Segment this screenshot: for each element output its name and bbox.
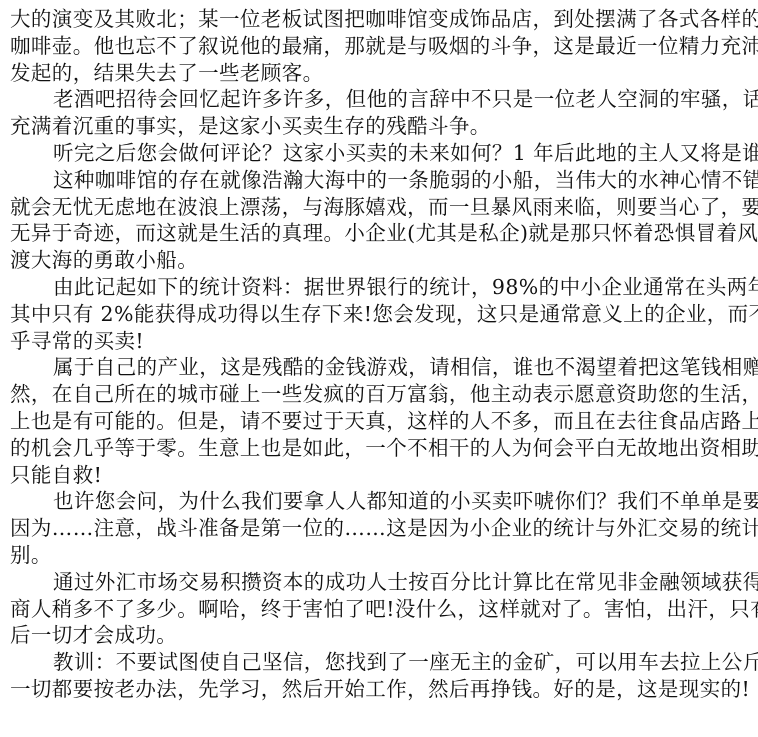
paragraph: 属于自己的产业，这是残酷的金钱游戏，请相信，谁也不渴望着把这笔钱相赠于您。当 然… xyxy=(10,354,750,488)
text-line: 属于自己的产业，这是残酷的金钱游戏，请相信，谁也不渴望着把这笔钱相赠于您。当 xyxy=(10,354,750,381)
paragraph: 也许您会问，为什么我们要拿人人都知道的小买卖吓唬你们？我们不单单是要吓唬人， 因… xyxy=(10,488,750,568)
text-line: 老酒吧招待会回忆起许多许多，但他的言辞中不只是一位老人空洞的牢骚，话里话外却 xyxy=(10,86,750,113)
text-line: 大的演变及其败北；某一位老板试图把咖啡馆变成饰品店，到处摆满了各式各样的小茶壶和 xyxy=(10,6,750,33)
text-line: 充满着沉重的事实，是这家小买卖生存的残酷斗争。 xyxy=(10,113,750,140)
text-line: 的机会几乎等于零。生意上也是如此，一个不相干的人为何会平白无故地出资相助？溺水者 xyxy=(10,435,750,462)
text-line: 就会无忧无虑地在波浪上漂荡，与海豚嬉戏，而一旦暴风雨来临，则要当心了，要生存下去 xyxy=(10,194,750,221)
text-line: 无异于奇迹，而这就是生活的真理。小企业(尤其是私企)就是那只怀着恐惧冒着风险奋力… xyxy=(10,220,750,247)
paragraph: 这种咖啡馆的存在就像浩瀚大海中的一条脆弱的小船，当伟大的水神心情不错时，小船 就… xyxy=(10,167,750,274)
text-line: 教训：不要试图使自己坚信，您找到了一座无主的金矿，可以用车去拉上公斤重的金锭； xyxy=(10,649,750,676)
text-line: 只能自救! xyxy=(10,462,750,489)
text-line: 其中只有 2%能获得成功得以生存下来!您会发现，这只是通常意义上的企业，而不是那… xyxy=(10,301,750,328)
paragraph: 听完之后您会做何评论？这家小买卖的未来如何？1 年后此地的主人又将是谁？ xyxy=(10,140,750,167)
text-line: 发起的，结果失去了一些老顾客。 xyxy=(10,60,750,87)
document-page: 大的演变及其败北；某一位老板试图把咖啡馆变成饰品店，到处摆满了各式各样的小茶壶和… xyxy=(10,6,750,703)
paragraph: 老酒吧招待会回忆起许多许多，但他的言辞中不只是一位老人空洞的牢骚，话里话外却 充… xyxy=(10,86,750,140)
paragraph: 大的演变及其败北；某一位老板试图把咖啡馆变成饰品店，到处摆满了各式各样的小茶壶和… xyxy=(10,6,750,86)
text-line: 然，在自己所在的城市碰上一些发疯的百万富翁，他主动表示愿意资助您的生活，这在理论 xyxy=(10,381,750,408)
text-line: 后一切才会成功。 xyxy=(10,622,750,649)
text-line: 渡大海的勇敢小船。 xyxy=(10,247,750,274)
paragraph: 由此记起如下的统计资料：据世界银行的统计，98%的中小企业通常在头两年破产!而 … xyxy=(10,274,750,354)
text-line: 也许您会问，为什么我们要拿人人都知道的小买卖吓唬你们？我们不单单是要吓唬人， xyxy=(10,488,750,515)
text-line: 商人稍多不了多少。啊哈，终于害怕了吧!没什么，这样就对了。害怕，出汗，只有这样以 xyxy=(10,596,750,623)
text-line: 别。 xyxy=(10,542,750,569)
paragraph: 教训：不要试图使自己坚信，您找到了一座无主的金矿，可以用车去拉上公斤重的金锭； … xyxy=(10,649,750,703)
paragraph: 通过外汇市场交易积攒资本的成功人士按百分比计算比在常见非金融领域获得成功的 商人… xyxy=(10,569,750,649)
text-line: 咖啡壶。他也忘不了叙说他的最痛，那就是与吸烟的斗争，这是最近一位精力充沛的女掌柜 xyxy=(10,33,750,60)
text-line: 因为……注意，战斗准备是第一位的……这是因为小企业的统计与外汇交易的统计没什么区 xyxy=(10,515,750,542)
text-line: 上也是有可能的。但是，请不要过于天真，这样的人不多，而且在去往食品店路上偶然邂逅 xyxy=(10,408,750,435)
text-line: 一切都要按老办法，先学习，然后开始工作，然后再挣钱。好的是，这是现实的! xyxy=(10,676,750,703)
text-line: 这种咖啡馆的存在就像浩瀚大海中的一条脆弱的小船，当伟大的水神心情不错时，小船 xyxy=(10,167,750,194)
text-line: 乎寻常的买卖! xyxy=(10,328,750,355)
text-line: 由此记起如下的统计资料：据世界银行的统计，98%的中小企业通常在头两年破产!而 xyxy=(10,274,750,301)
text-line: 通过外汇市场交易积攒资本的成功人士按百分比计算比在常见非金融领域获得成功的 xyxy=(10,569,750,596)
text-line: 听完之后您会做何评论？这家小买卖的未来如何？1 年后此地的主人又将是谁？ xyxy=(10,140,750,167)
